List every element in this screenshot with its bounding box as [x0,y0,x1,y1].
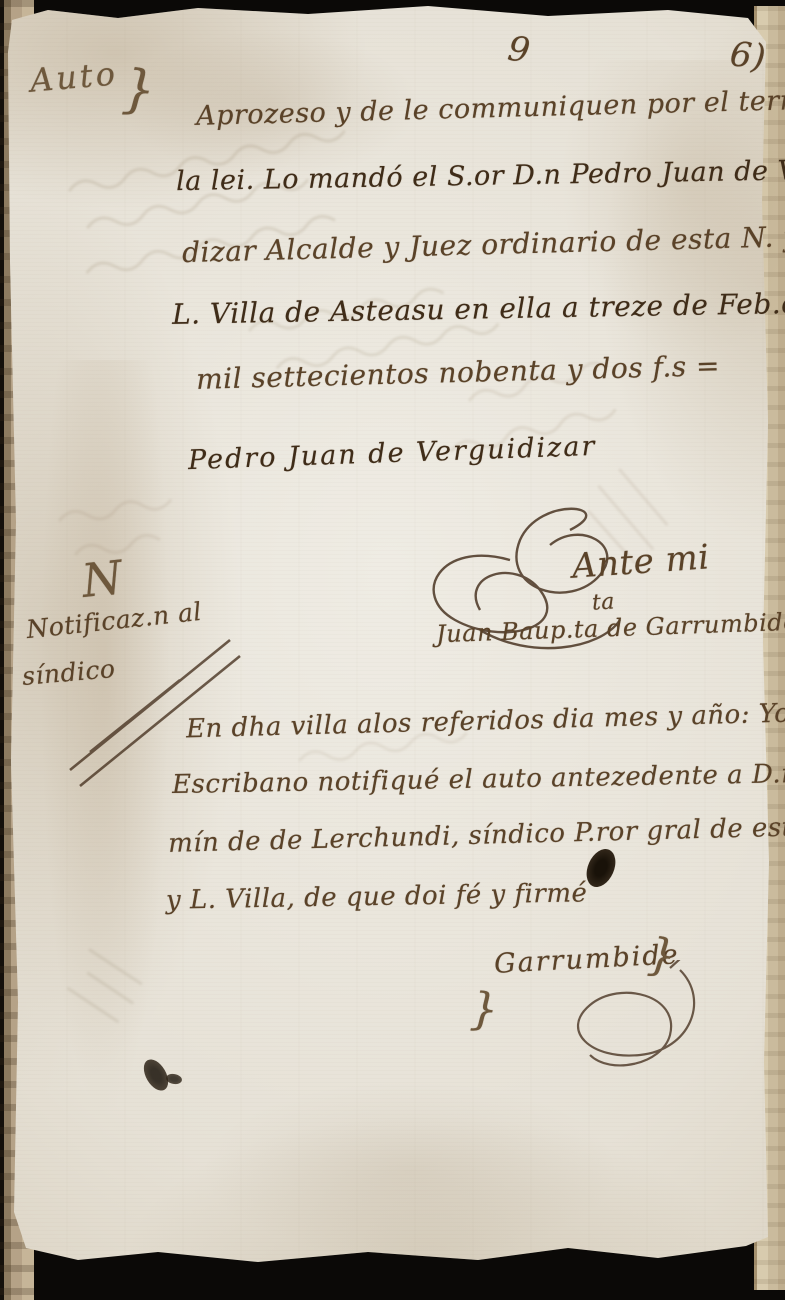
folio-number: 6) [728,34,768,78]
margin-auto-brace: } [120,59,158,121]
signature-brace: } [469,983,500,1035]
superscript-ta: ta [591,589,615,615]
signature-brace: } [645,929,679,983]
manuscript-scan: 9 6) Auto } Aprozeso y de le communiquen… [0,0,785,1300]
margin-note-auto: Auto [29,54,120,100]
margin-notification-flourish: N [79,550,125,608]
